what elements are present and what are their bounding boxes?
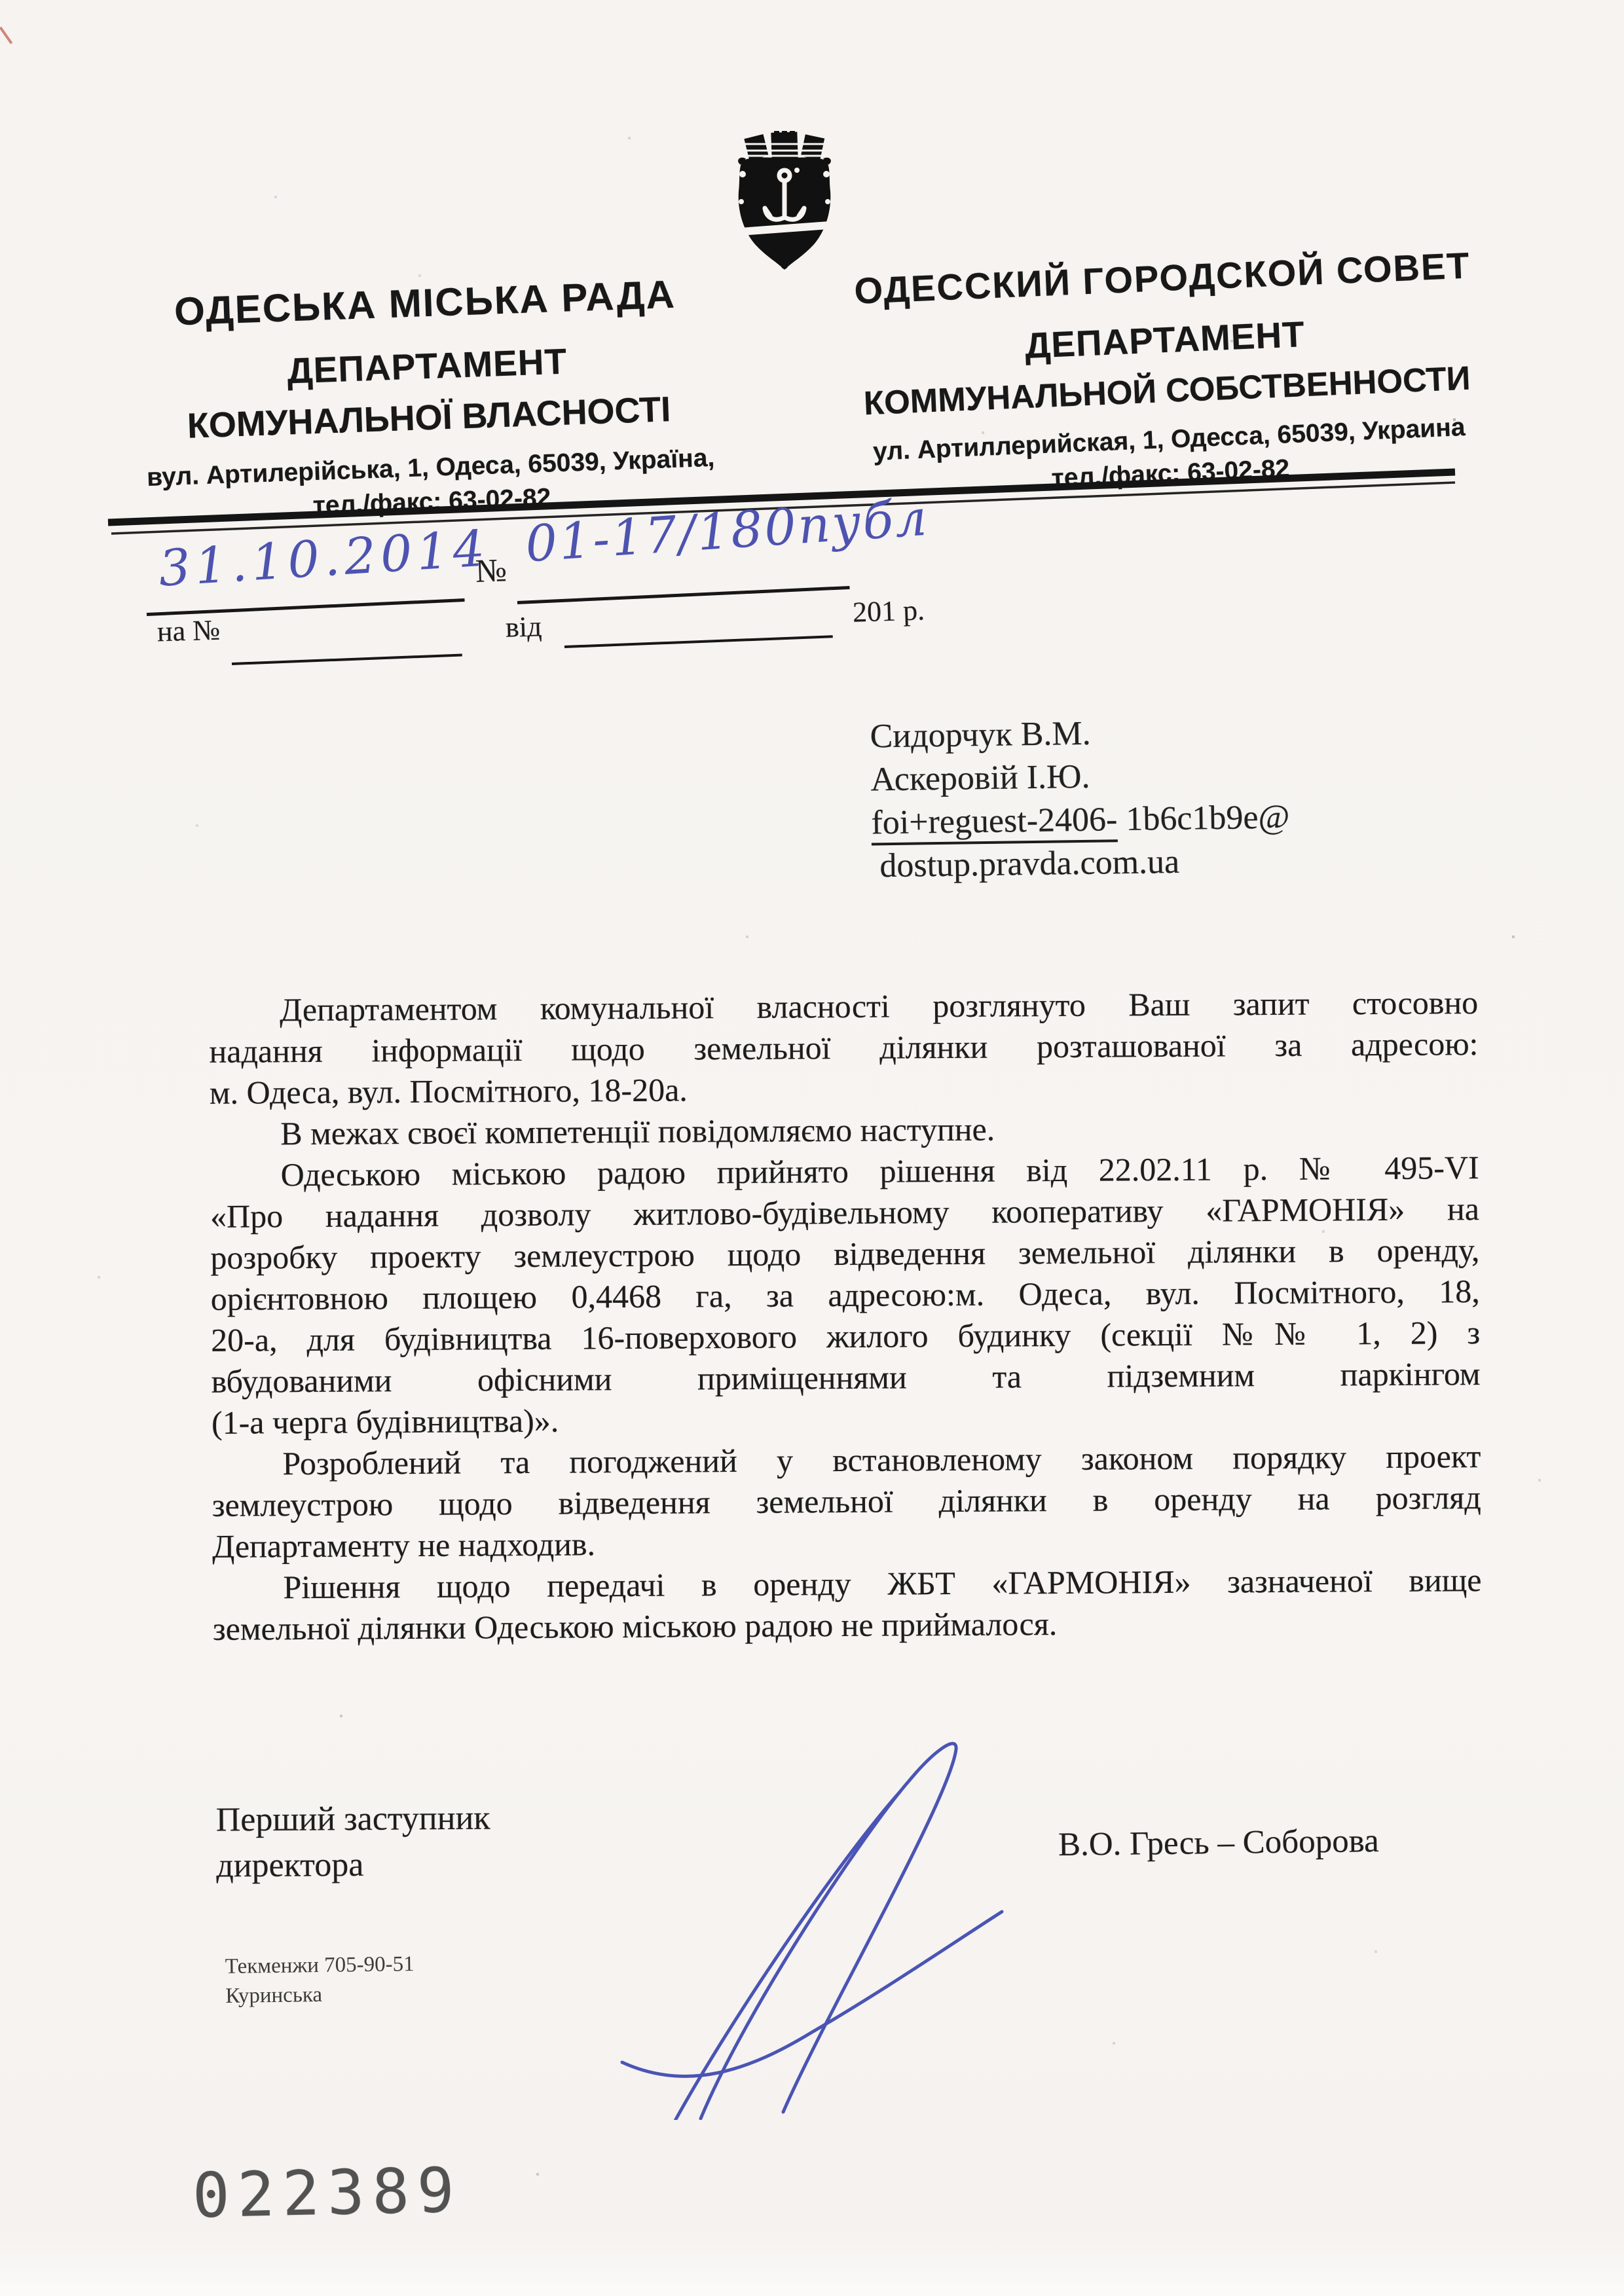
scanned-letter-page: ОДЕСЬКА МІСЬКА РАДА ДЕПАРТАМЕНТ КОМУНАЛЬ… — [0, 0, 1624, 2296]
body-line: Департаментом комунальної власності розг… — [209, 982, 1478, 1031]
signer-title-line1: Перший заступник — [216, 1796, 490, 1844]
body-line: В межах своєї компетенції повідомляємо н… — [210, 1106, 1479, 1155]
reply-to-number-label: на № — [157, 613, 220, 649]
org-dept2-uk: КОМУНАЛЬНОЇ ВЛАСНОСТІ — [139, 388, 719, 448]
body-line: Рішення щодо передачі в оренду ЖБТ «ГАРМ… — [212, 1559, 1481, 1609]
recipient-email-underlined: foi+reguest-2406- — [871, 801, 1118, 845]
executor-phone: Текменжи 705-90-51 — [225, 1950, 415, 1982]
recipient-block: Сидорчук В.М. Аскеровій І.Ю. foi+reguest… — [870, 710, 1291, 888]
body-line: розробку проекту землеустрою щодо відвед… — [210, 1230, 1479, 1279]
odessa-coat-of-arms-icon — [735, 131, 834, 271]
body-line: надання інформації щодо земельної ділянк… — [209, 1023, 1478, 1072]
year-suffix-label: 201 р. — [852, 593, 925, 629]
org-name-uk: ОДЕСЬКА МІСЬКА РАДА — [135, 270, 715, 336]
body-line: землеустрою щодо відведення земельної ді… — [212, 1477, 1481, 1526]
signer-name: В.О. Гресь – Соборова — [1058, 1822, 1379, 1864]
scan-corner-artifact — [0, 27, 12, 45]
recipient-name-1: Сидорчук В.М. — [870, 710, 1289, 759]
scan-bottom-edge — [0, 2284, 1624, 2296]
body-line: 20-а, для будівництва 16-поверхового жил… — [211, 1312, 1480, 1361]
body-line: вбудованими офісними приміщеннями та під… — [211, 1353, 1480, 1402]
org-name-ru: ОДЕССКИЙ ГОРОДСКОЙ СОВЕТ — [841, 244, 1483, 313]
body-line: Департаменту не надходив. — [212, 1518, 1481, 1567]
body-line: Розроблений та погоджений у встановленом… — [212, 1436, 1481, 1485]
letter-body: Департаментом комунальної власності розг… — [209, 982, 1482, 1650]
signature-scribble — [602, 1694, 1015, 2120]
scan-speckles — [0, 0, 1, 1]
body-line: орієнтовною площею 0,4468 га, за адресою… — [211, 1271, 1480, 1320]
recipient-email-line2: dostup.pravda.com.ua — [879, 839, 1291, 888]
body-line: «Про надання дозволу житлово-будівельном… — [210, 1188, 1479, 1237]
signer-title-line2: директора — [216, 1842, 490, 1889]
signer-title: Перший заступник директора — [216, 1796, 491, 1889]
body-line: Одеською міською радою прийнято рішення … — [210, 1147, 1479, 1196]
body-line: земельної ділянки Одеською міською радою… — [213, 1601, 1482, 1650]
body-line: м. Одеса, вул. Посмітного, 18-20а. — [210, 1065, 1479, 1114]
recipient-email-rest: 1b6c1b9e@ — [1117, 799, 1290, 839]
registration-stamp-number: 022389 — [192, 2155, 463, 2232]
recipient-email-line1: foi+reguest-2406- 1b6c1b9e@ — [871, 796, 1290, 845]
reply-number-blank-line — [232, 653, 462, 665]
body-line: (1-а черга будівництва)». — [212, 1394, 1481, 1444]
executor-note: Текменжи 705-90-51 Куринська — [225, 1950, 415, 2011]
reply-from-label: від — [505, 610, 542, 644]
reply-date-blank-line — [564, 635, 833, 648]
number-symbol: № — [475, 551, 507, 590]
recipient-name-2: Аскеровій І.Ю. — [870, 753, 1289, 802]
number-blank-line — [517, 586, 850, 604]
org-dept-uk: ДЕПАРТАМЕНТ — [137, 335, 717, 397]
executor-name: Куринська — [225, 1979, 415, 2011]
